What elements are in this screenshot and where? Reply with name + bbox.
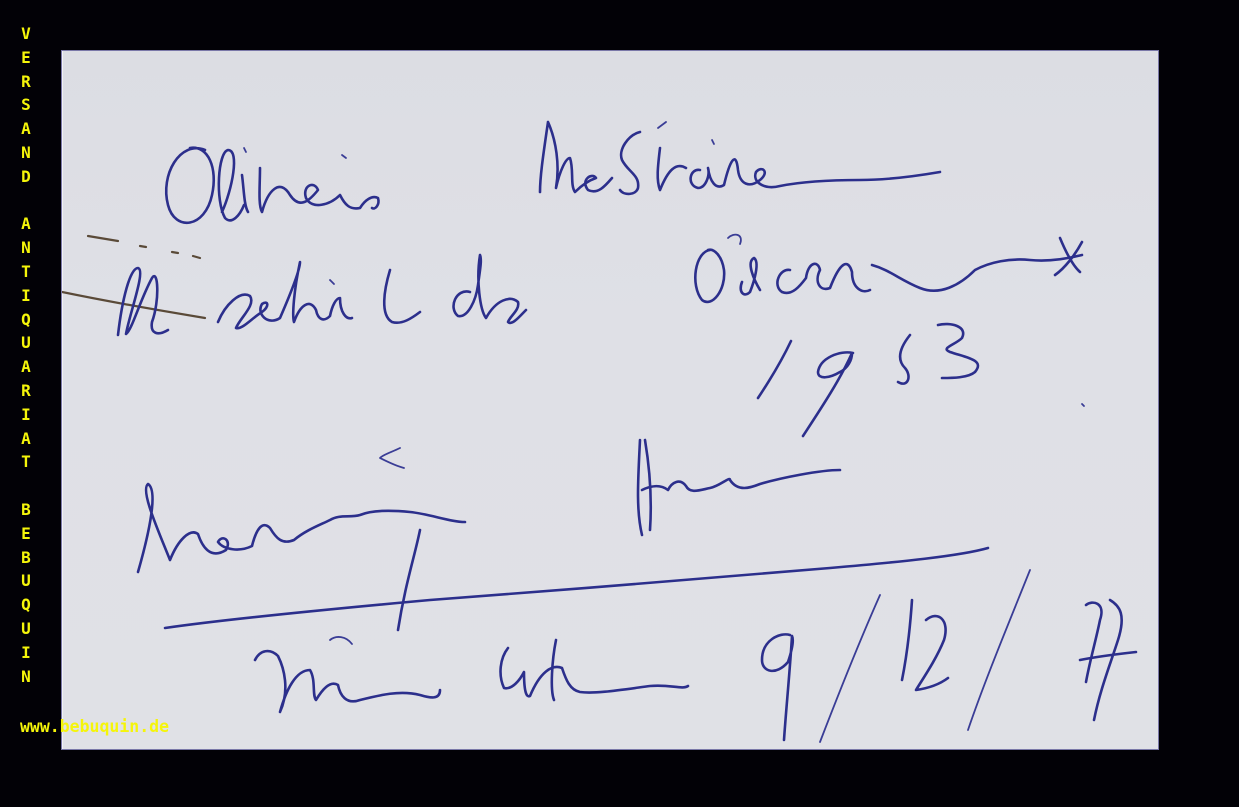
banner-letter: R xyxy=(21,70,31,94)
banner-letter: U xyxy=(21,331,31,355)
banner-letter: I xyxy=(21,641,31,665)
handwriting-drawing xyxy=(62,51,1158,749)
banner-letter: U xyxy=(21,569,31,593)
banner-letter: Q xyxy=(21,593,31,617)
banner-letter: B xyxy=(21,546,31,570)
banner-letter: A xyxy=(21,117,31,141)
banner-letter: T xyxy=(21,260,31,284)
website-watermark: www.bebuquin.de xyxy=(20,717,169,736)
banner-letter: A xyxy=(21,427,31,451)
banner-letter: Q xyxy=(21,308,31,332)
banner-letter: A xyxy=(21,355,31,379)
banner-letter: T xyxy=(21,450,31,474)
handwriting-munchen-date xyxy=(255,570,1136,742)
banner-letter: B xyxy=(21,498,31,522)
banner-letter: N xyxy=(21,236,31,260)
banner-letter: E xyxy=(21,46,31,70)
banner-letter: R xyxy=(21,379,31,403)
handwriting-olivier-messiaen xyxy=(166,122,940,223)
handwriting-1953 xyxy=(758,324,1084,436)
banner-letter: I xyxy=(21,284,31,308)
banner-letter: I xyxy=(21,403,31,427)
banner-letter: U xyxy=(21,617,31,641)
banner-letter: A xyxy=(21,212,31,236)
autograph-card: Olivier Messiaen le Réveil des Oiseaux 1… xyxy=(62,51,1158,749)
handwriting-signature xyxy=(138,440,988,630)
banner-letter: E xyxy=(21,522,31,546)
banner-letter: S xyxy=(21,93,31,117)
vertical-banner: V E R S A N D A N T I Q U A R I A T B E … xyxy=(18,22,34,688)
banner-letter: V xyxy=(21,22,31,46)
handwriting-reveil-des-oiseaux xyxy=(118,235,1082,335)
banner-letter: N xyxy=(21,141,31,165)
banner-letter: D xyxy=(21,165,31,189)
banner-letter: N xyxy=(21,665,31,689)
